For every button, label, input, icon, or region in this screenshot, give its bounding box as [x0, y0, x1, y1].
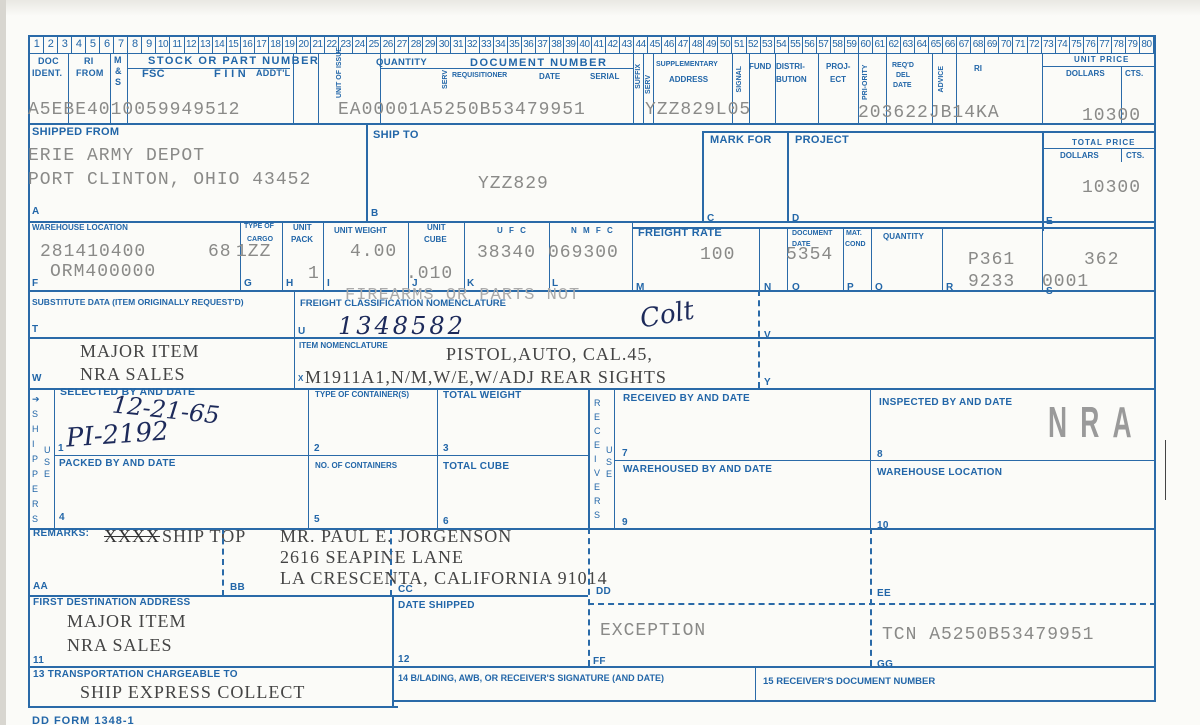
card-column-number: 35	[508, 36, 522, 53]
div	[702, 131, 1156, 133]
ri-label: RI	[84, 56, 94, 66]
w-line2: NRA SALES	[80, 364, 186, 385]
card-column-number: 2	[44, 36, 58, 53]
quantity-label: QUANTITY	[376, 57, 427, 68]
code-v: V	[764, 330, 771, 341]
address-line3: LA CRESCENTA, CALIFORNIA 91014	[280, 568, 608, 589]
nmfc-value: 069300	[548, 243, 619, 263]
fiin-label: F I I N	[214, 68, 246, 80]
handwritten-number: 1348582	[338, 312, 466, 340]
div	[1042, 131, 1044, 231]
card-column-number: 19	[283, 36, 297, 53]
card-column-number: 47	[676, 36, 690, 53]
div	[633, 53, 634, 123]
div	[588, 388, 590, 528]
frame-bottom	[392, 700, 1156, 702]
card-column-number: 21	[311, 36, 325, 53]
requisitioner-label: REQUISITIONER	[452, 72, 507, 79]
card-column-number: 4	[72, 36, 86, 53]
code-b: B	[371, 208, 379, 219]
receivers-doc-label: 15 RECEIVER'S DOCUMENT NUMBER	[763, 676, 935, 687]
div	[643, 53, 644, 123]
card-column-number: 76	[1084, 36, 1098, 53]
card-column-number: 5	[86, 36, 100, 53]
mat-label: MAT.	[846, 230, 862, 237]
warehouse-line1b: 68	[208, 242, 232, 262]
distribution-label-2: BUTION	[776, 75, 807, 84]
div	[759, 227, 760, 290]
serv-label: SERV	[442, 70, 449, 89]
card-column-number: 73	[1042, 36, 1056, 53]
card-column-number: 13	[199, 36, 213, 53]
card-mid: 203622JB14KA	[858, 103, 1000, 123]
r-line2: 9233	[968, 272, 1015, 292]
card-column-number: 24	[353, 36, 367, 53]
div	[632, 227, 1156, 229]
code-h: H	[286, 278, 294, 289]
card-column-number: 36	[522, 36, 536, 53]
item-line1: PISTOL,AUTO, CAL.45,	[446, 344, 653, 365]
num-11: 11	[33, 655, 44, 666]
div	[755, 666, 756, 700]
card-column-number: 45	[648, 36, 662, 53]
code-t: T	[32, 324, 38, 335]
substitute-data-label: SUBSTITUTE DATA (ITEM ORIGINALLY REQUEST…	[32, 297, 244, 307]
card-column-number: 9	[142, 36, 156, 53]
total-dollars-label: DOLLARS	[1060, 151, 1099, 160]
cond-label: COND	[845, 241, 866, 248]
card-column-number: 20	[297, 36, 311, 53]
card-column-number: 31	[452, 36, 466, 53]
inspected-by-label: INSPECTED BY AND DATE	[879, 397, 1012, 408]
first-destination-line2: NRA SALES	[67, 635, 173, 656]
item-line2: M1911A1,N/M,W/E,W/ADJ REAR SIGHTS	[305, 367, 667, 388]
div	[366, 123, 368, 221]
card-column-number: 33	[480, 36, 494, 53]
code-aa: AA	[33, 581, 48, 592]
project-label: PROJ-	[826, 62, 850, 71]
card-column-number: 1	[30, 36, 44, 53]
card-column-number: 28	[409, 36, 423, 53]
num-2: 2	[314, 443, 320, 454]
card-column-number: 72	[1028, 36, 1042, 53]
card-column-number: 68	[971, 36, 985, 53]
shippers-use-label: USE	[44, 444, 54, 480]
packed-by-label: PACKED BY AND DATE	[59, 458, 176, 469]
warehoused-by-label: WAREHOUSED BY AND DATE	[623, 464, 772, 475]
code-dd: DD	[596, 586, 611, 597]
code-w: W	[32, 373, 42, 384]
code-x: X	[298, 374, 303, 383]
row-divider	[28, 666, 1156, 668]
first-destination-label: FIRST DESTINATION ADDRESS	[33, 597, 191, 608]
num-5: 5	[314, 514, 320, 525]
fund-label: FUND	[749, 62, 771, 71]
no-of-containers-label: NO. OF CONTAINERS	[315, 461, 397, 470]
type-of-cargo-value: 1ZZ	[236, 242, 271, 262]
div	[437, 388, 438, 528]
card-column-number: 50	[718, 36, 732, 53]
row-divider	[28, 221, 1156, 223]
address-line2: 2616 SEAPINE LANE	[280, 547, 464, 568]
frame-left	[28, 35, 30, 707]
num-8: 8	[877, 449, 883, 460]
card-column-number: 65	[929, 36, 943, 53]
div	[282, 221, 283, 290]
frame-right	[1154, 35, 1156, 700]
card-column-number: 78	[1112, 36, 1126, 53]
code-g: G	[244, 278, 252, 289]
card-column-number: 55	[789, 36, 803, 53]
card-column-number: 15	[227, 36, 241, 53]
type-of-cargo-label: TYPE OF	[244, 223, 274, 230]
pack-label: PACK	[291, 235, 313, 244]
ufc-label: U F C	[497, 226, 528, 235]
stamp-bar	[1165, 440, 1166, 500]
card-column-number: 27	[395, 36, 409, 53]
card-column-number: 14	[213, 36, 227, 53]
unit-pack-label: UNIT	[293, 223, 312, 232]
div	[614, 460, 1156, 461]
code-f: F	[32, 278, 38, 289]
doc-ident-label: DOC	[38, 56, 59, 66]
div	[588, 528, 590, 666]
card-column-number: 43	[620, 36, 634, 53]
num-4: 4	[59, 512, 65, 523]
warehouse-location-2-label: WAREHOUSE LOCATION	[877, 467, 1002, 478]
card-column-number: 10	[156, 36, 170, 53]
torn-edge	[0, 0, 1200, 16]
div	[1042, 53, 1043, 123]
card-column-number: 30	[437, 36, 451, 53]
card-column-number: 61	[873, 36, 887, 53]
card-column-number: 26	[381, 36, 395, 53]
from-label: FROM	[76, 68, 104, 78]
div	[632, 221, 633, 290]
card-column-number: 71	[1014, 36, 1028, 53]
w-line1: MAJOR ITEM	[80, 341, 200, 362]
card-column-number: 39	[564, 36, 578, 53]
card-column-number: 60	[859, 36, 873, 53]
card-column-number: 62	[887, 36, 901, 53]
bill-of-lading-label: 14 B/LADING, AWB, OR RECEIVER'S SIGNATUR…	[398, 673, 664, 683]
card-column-number: 6	[100, 36, 114, 53]
shipped-from-label: SHIPPED FROM	[32, 126, 119, 138]
serial-label: SERIAL	[590, 72, 619, 81]
div	[843, 227, 844, 290]
card-column-number: 56	[803, 36, 817, 53]
ship-to-value: YZZ829	[478, 174, 549, 194]
row-divider	[28, 290, 1156, 292]
card-column-number: 70	[999, 36, 1013, 53]
num-12: 12	[398, 654, 410, 665]
card-column-number: 75	[1070, 36, 1084, 53]
fsc-label: FSC	[142, 68, 165, 80]
card-column-number: 54	[775, 36, 789, 53]
card-column-number: 34	[494, 36, 508, 53]
code-ee: EE	[877, 588, 891, 599]
document-number-label: DOCUMENT NUMBER	[470, 57, 607, 69]
div	[54, 455, 588, 456]
ms-label-2: &	[115, 66, 122, 76]
date-label: DATE	[539, 72, 560, 81]
total-cube-label: TOTAL CUBE	[443, 461, 509, 472]
address-label: ADDRESS	[669, 75, 708, 84]
code-u: U	[298, 326, 306, 337]
card-column-number: 52	[747, 36, 761, 53]
code-cc: CC	[398, 584, 413, 595]
card-column-number: 41	[592, 36, 606, 53]
s-line1: 362	[1084, 250, 1119, 270]
num-3: 3	[443, 443, 449, 454]
div	[614, 388, 615, 528]
card-column-number: 74	[1056, 36, 1070, 53]
reqd-label: REQ'D	[892, 62, 914, 69]
card-column-number: 58	[831, 36, 845, 53]
card-column-number: 69	[985, 36, 999, 53]
row-divider	[28, 337, 1156, 339]
ms-label-3: S	[115, 77, 121, 87]
card-column-number: 46	[662, 36, 676, 53]
card-column-number: 25	[367, 36, 381, 53]
date-shipped-label: DATE SHIPPED	[398, 600, 475, 611]
card-column-number: 79	[1126, 36, 1140, 53]
frame-top	[28, 35, 1156, 37]
div	[222, 528, 224, 596]
type-of-containers-label: TYPE OF CONTAINER(S)	[315, 390, 409, 399]
div	[871, 227, 872, 290]
unit-cube-label: UNIT	[427, 223, 446, 232]
distribution-label: DISTRI-	[776, 62, 805, 71]
div	[818, 53, 819, 123]
unit-weight-label: UNIT WEIGHT	[334, 226, 387, 235]
stock-part-number-label: STOCK OR PART NUMBER	[148, 55, 319, 67]
card-column-number: 59	[845, 36, 859, 53]
num-1: 1	[58, 443, 64, 454]
card-column-number: 67	[957, 36, 971, 53]
supplementary-label: SUPPLEMENTARY	[656, 61, 718, 68]
div	[870, 388, 871, 528]
div	[758, 290, 760, 388]
signal-label: SIGNAL	[736, 66, 743, 92]
transportation-value: SHIP EXPRESS COLLECT	[80, 682, 305, 703]
total-price-label: TOTAL PRICE	[1072, 138, 1135, 147]
card-supplementary: YZZ829L05	[645, 100, 751, 120]
received-by-label: RECEIVED BY AND DATE	[623, 393, 750, 404]
card-column-number: 49	[704, 36, 718, 53]
document-date-label: DOCUMENT	[792, 230, 832, 237]
freight-rate-value: 100	[700, 245, 735, 265]
code-i: I	[327, 278, 330, 289]
unit-price-label: UNIT PRICE	[1074, 55, 1129, 64]
card-column-number: 57	[817, 36, 831, 53]
card-column-number: 12	[185, 36, 199, 53]
project-field-label: PROJECT	[795, 134, 849, 146]
card-column-number: 8	[128, 36, 142, 53]
card-column-number: 40	[578, 36, 592, 53]
del-label: DEL	[896, 72, 910, 79]
serv2-label: SERV	[645, 75, 652, 94]
div	[323, 221, 324, 290]
cts-label: CTS.	[1125, 69, 1143, 78]
card-column-number: 38	[550, 36, 564, 53]
card-column-number: 51	[733, 36, 747, 53]
card-column-number: 48	[690, 36, 704, 53]
div	[392, 595, 394, 707]
card-column-number: 32	[466, 36, 480, 53]
r-line1: P361	[968, 250, 1015, 270]
suffix-label: SUFFIX	[635, 64, 642, 89]
ship-to-label: SHIP TO	[373, 129, 419, 141]
cube-label: CUBE	[424, 235, 447, 244]
ri-label-2: RI	[974, 64, 982, 73]
shipped-from-line1: ERIE ARMY DEPOT	[28, 146, 205, 166]
div	[702, 131, 704, 221]
code-bb: BB	[230, 582, 245, 593]
div	[390, 528, 392, 596]
nra-stamp: NRA	[1048, 398, 1145, 448]
card-column-number: 77	[1098, 36, 1112, 53]
div	[308, 388, 309, 528]
nmfc-label: N M F C	[571, 226, 615, 235]
warehouse-line1: 281410400	[40, 242, 146, 262]
card-column-number: 66	[943, 36, 957, 53]
card-column-number: 16	[241, 36, 255, 53]
doc-ident-label-2: IDENT.	[32, 68, 62, 78]
project-label-2: ECT	[830, 75, 846, 84]
div	[294, 337, 295, 389]
div	[464, 221, 465, 290]
row-divider	[28, 388, 1156, 390]
warehouse-line2: ORM400000	[50, 262, 156, 282]
card-column-number: 37	[536, 36, 550, 53]
div	[942, 227, 943, 290]
colnum-bottom	[28, 53, 1156, 54]
card-column-number: 64	[915, 36, 929, 53]
transportation-label: 13 TRANSPORTATION CHARGEABLE TO	[33, 669, 238, 680]
card-column-number: 63	[901, 36, 915, 53]
receivers-use-side-label: RECEIVERS	[594, 396, 604, 522]
ms-label: M	[114, 55, 122, 65]
total-weight-label: TOTAL WEIGHT	[443, 390, 522, 401]
code-y: Y	[764, 377, 771, 388]
document-date-value: 5354	[786, 245, 833, 265]
advice-label: ADVICE	[938, 66, 945, 92]
div	[1121, 148, 1122, 162]
tcn-value: TCN A5250B53479951	[882, 625, 1094, 645]
addtl-label: ADDT'L	[256, 68, 290, 78]
date-label-2: DATE	[893, 82, 912, 89]
warehouse-location-label: WAREHOUSE LOCATION	[32, 223, 128, 232]
dollars-label: DOLLARS	[1066, 69, 1105, 78]
div	[54, 388, 55, 528]
total-price-value: 10300	[1082, 178, 1141, 198]
quantity-field-label: QUANTITY	[883, 232, 924, 241]
card-column-number: 42	[606, 36, 620, 53]
code-gg: GG	[877, 659, 893, 670]
card-column-number: 80	[1140, 36, 1154, 53]
card-column-number: 11	[171, 36, 185, 53]
num-9: 9	[622, 517, 628, 528]
card-column-number: 3	[58, 36, 72, 53]
card-column-number: 29	[423, 36, 437, 53]
address-line1: MR. PAUL E. JORGENSON	[280, 526, 512, 547]
form-number: DD FORM 1348-1	[32, 715, 135, 725]
priority-label: PRI-ORITY	[862, 66, 869, 100]
remarks-text: SHIP TOP	[162, 526, 246, 547]
card-column-number: 17	[255, 36, 269, 53]
div	[787, 131, 789, 221]
card-doc-number: EA00001A5250B53479951	[338, 100, 586, 120]
unit-pack-value: 1	[308, 264, 320, 284]
card-column-number: 53	[761, 36, 775, 53]
unit-weight-value: 4.00	[350, 242, 397, 262]
exception-value: EXCEPTION	[600, 621, 706, 641]
shipped-from-line2: PORT CLINTON, OHIO 43452	[28, 170, 311, 190]
num-7: 7	[622, 448, 628, 459]
item-nomenclature-label: ITEM NOMENCLATURE	[299, 341, 388, 350]
frame-bottom	[28, 706, 398, 708]
div	[1042, 148, 1156, 149]
div	[870, 528, 872, 666]
row-divider	[28, 123, 1156, 125]
code-a: A	[32, 206, 40, 217]
card-column-number: 18	[269, 36, 283, 53]
first-destination-line1: MAJOR ITEM	[67, 611, 187, 632]
total-cts-label: CTS.	[1126, 151, 1144, 160]
remarks-label: REMARKS:	[33, 528, 89, 539]
div	[1042, 66, 1156, 67]
ufc-value: 38340	[477, 243, 536, 263]
card-left: A5EBE4010059949512	[28, 100, 240, 120]
remarks-struck: XXXX	[104, 526, 160, 547]
page-shadow	[0, 0, 6, 725]
card-column-number: 7	[114, 36, 128, 53]
card-column-number: 44	[634, 36, 648, 53]
unit-of-issue-label: UNIT OF ISSUE	[336, 58, 343, 98]
freight-classification-label: FREIGHT CLASSIFICATION NOMENCLATURE	[300, 298, 506, 309]
div	[294, 290, 295, 340]
div	[588, 603, 1156, 605]
mark-for-label: MARK FOR	[710, 134, 772, 146]
